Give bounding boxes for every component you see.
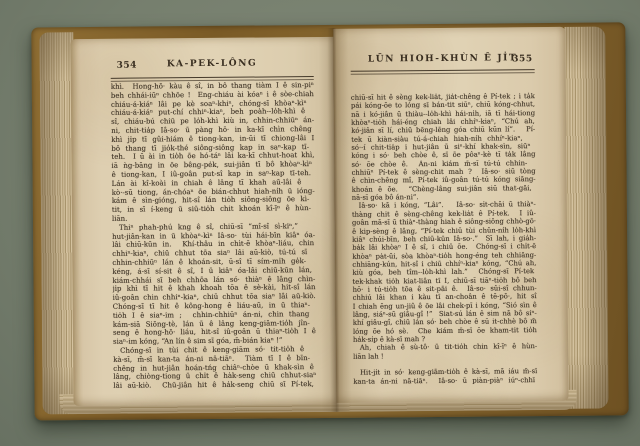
left-page-number: 354 xyxy=(117,60,137,70)
right-page-header: LŪN HIOH-KHÙN Ê JI̍T 355 xyxy=(351,53,535,67)
right-running-title: LŪN HIOH-KHÙN Ê JI̍T xyxy=(351,53,535,65)
text-line: lâi aū-kiò. Chū-jiân hit ê ha̍k-seng chi… xyxy=(113,380,316,391)
left-page-header: 354 KA-PEK-LÔNG xyxy=(111,58,314,72)
text-line: Ah, chiah ê sù-tô· ū tit-tio̍h chin kî-ī… xyxy=(353,342,537,352)
text-line: kan-ta án-ni nā-tiāⁿ. Iâ-so· ū piàn-piàⁿ… xyxy=(353,376,537,386)
text-line: lóng ōe hó sè. Che kiám m̄-sī ōe kham-ti… xyxy=(353,326,537,336)
open-book: 354 KA-PEK-LÔNG khì. Hong-hō· kàu ê sî, … xyxy=(0,0,640,446)
right-page-number: 355 xyxy=(512,54,532,64)
book-photo-scene: 354 KA-PEK-LÔNG khì. Hong-hō· kàu ê sî, … xyxy=(0,0,640,446)
page-edges-right xyxy=(564,27,608,409)
text-line: tit, in sī í-keng ū siū-tio̍h chit khoán… xyxy=(112,204,315,215)
left-page-text: khì. Hong-hō· kàu ê sî, in bô thang tiàm… xyxy=(111,81,317,391)
right-page-text: chiū-sī hit ê sèng kek-lia̍t, jia̍t-chên… xyxy=(351,92,538,386)
left-running-title: KA-PEK-LÔNG xyxy=(111,58,314,70)
text-line: khoán ê ōe. “Chèng-lâng sui-jiân siū tha… xyxy=(352,184,536,194)
